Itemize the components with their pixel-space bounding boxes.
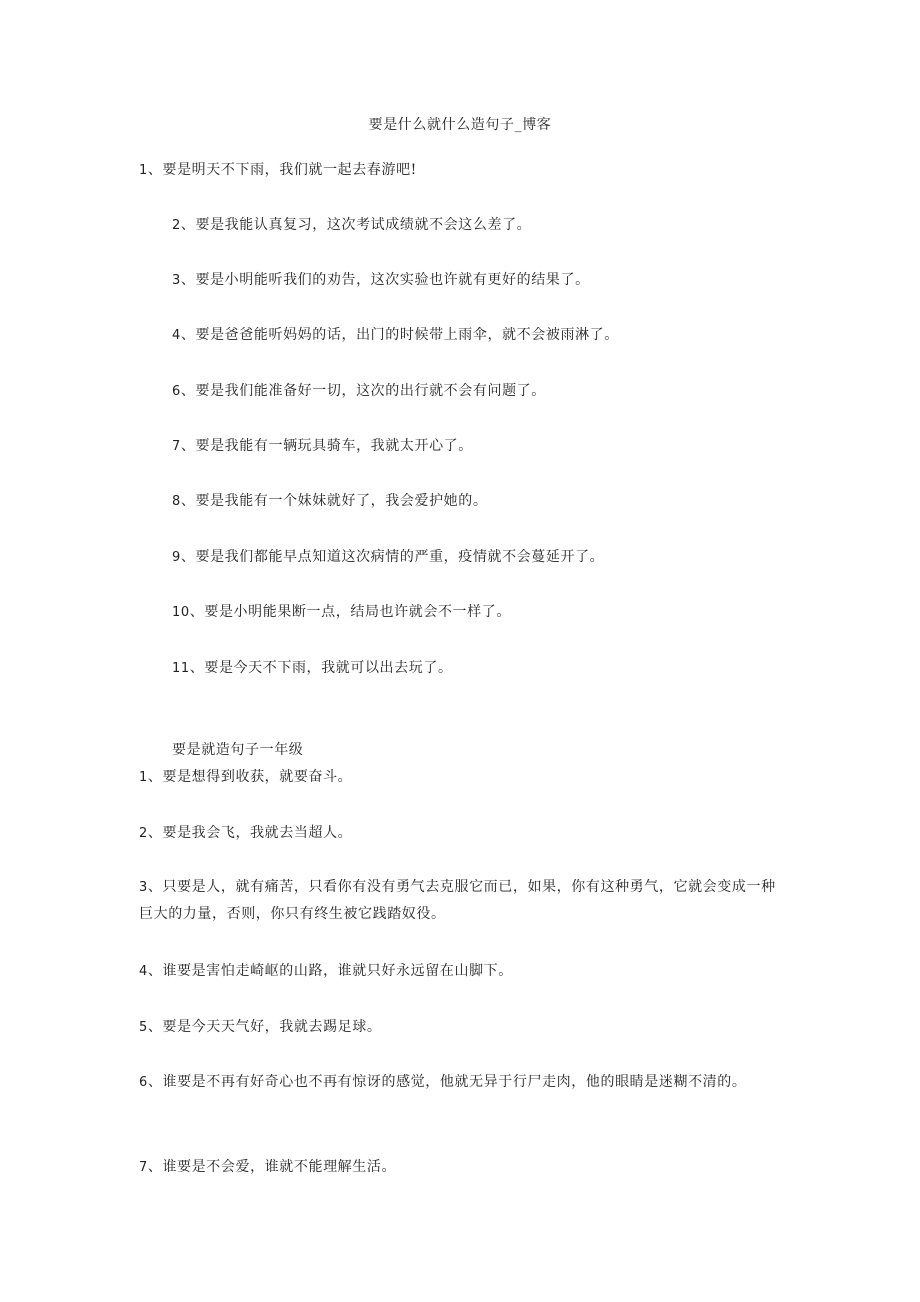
document-title: 要是什么就什么造句子_博客 [0, 116, 920, 134]
item-number: 1 [139, 770, 148, 785]
item-number: 8 [172, 494, 181, 509]
list-item: 4、要是爸爸能听妈妈的话，出门的时候带上雨伞，就不会被雨淋了。 [172, 326, 619, 345]
document-page: 要是什么就什么造句子_博客 1、要是明天不下雨，我们就一起去春游吧! 2、要是我… [0, 0, 920, 1302]
list-item: 11、要是今天不下雨，我就可以出去玩了。 [172, 659, 453, 678]
item-text: 、要是我会飞，我就去当超人。 [148, 825, 352, 841]
item-text: 、要是明天不下雨，我们就一起去春游吧! [148, 162, 417, 178]
item-text: 、要是我们能准备好一切，这次的出行就不会有问题了。 [181, 383, 546, 399]
item-number: 10 [172, 605, 190, 620]
item-text: 、只要是人，就有痛苦，只看你有没有勇气去克服它而已，如果，你有这种勇气，它就会变… [139, 879, 776, 922]
item-text: 、谁要是不会爱，谁就不能理解生活。 [148, 1159, 396, 1175]
item-number: 3 [139, 880, 148, 895]
list-item: 1、要是想得到收获，就要奋斗。 [139, 768, 352, 787]
item-text: 、要是爸爸能听妈妈的话，出门的时候带上雨伞，就不会被雨淋了。 [181, 327, 619, 343]
list-item: 4、谁要是害怕走崎岖的山路，谁就只好永远留在山脚下。 [139, 962, 513, 981]
item-text: 、谁要是害怕走崎岖的山路，谁就只好永远留在山脚下。 [148, 963, 513, 979]
item-number: 2 [139, 826, 148, 841]
item-number: 3 [172, 273, 181, 288]
list-item: 3、只要是人，就有痛苦，只看你有没有勇气去克服它而已，如果，你有这种勇气，它就会… [139, 874, 784, 928]
item-text: 、要是想得到收获，就要奋斗。 [148, 769, 352, 785]
item-number: 9 [172, 550, 181, 565]
section-heading: 要是就造句子一年级 [172, 741, 303, 759]
item-number: 4 [172, 328, 181, 343]
list-item: 2、要是我能认真复习，这次考试成绩就不会这么差了。 [172, 216, 531, 235]
item-text: 、要是我能有一个妹妹就好了，我会爱护她的。 [181, 493, 488, 509]
item-number: 5 [139, 1020, 148, 1035]
item-number: 6 [139, 1075, 148, 1090]
list-item: 6、谁要是不再有好奇心也不再有惊讶的感觉，他就无异于行尸走肉，他的眼睛是迷糊不清… [139, 1069, 784, 1096]
list-item: 2、要是我会飞，我就去当超人。 [139, 824, 352, 843]
item-text: 、谁要是不再有好奇心也不再有惊讶的感觉，他就无异于行尸走肉，他的眼睛是迷糊不清的… [148, 1074, 747, 1090]
item-number: 11 [172, 661, 190, 676]
item-number: 1 [139, 163, 148, 178]
item-text: 、要是今天天气好，我就去踢足球。 [148, 1019, 382, 1035]
item-number: 7 [139, 1160, 148, 1175]
item-number: 6 [172, 384, 181, 399]
list-item: 10、要是小明能果断一点，结局也许就会不一样了。 [172, 603, 511, 622]
list-item: 5、要是今天天气好，我就去踢足球。 [139, 1018, 381, 1037]
list-item: 7、要是我能有一辆玩具骑车，我就太开心了。 [172, 437, 473, 456]
item-number: 4 [139, 964, 148, 979]
item-text: 、要是我能认真复习，这次考试成绩就不会这么差了。 [181, 217, 531, 233]
item-text: 、要是小明能果断一点，结局也许就会不一样了。 [190, 604, 511, 620]
item-number: 2 [172, 218, 181, 233]
list-item: 6、要是我们能准备好一切，这次的出行就不会有问题了。 [172, 382, 546, 401]
list-item: 7、谁要是不会爱，谁就不能理解生活。 [139, 1158, 396, 1177]
item-text: 、要是今天不下雨，我就可以出去玩了。 [190, 660, 453, 676]
list-item: 1、要是明天不下雨，我们就一起去春游吧! [139, 161, 417, 180]
item-text: 、要是小明能听我们的劝告，这次实验也许就有更好的结果了。 [181, 272, 590, 288]
list-item: 8、要是我能有一个妹妹就好了，我会爱护她的。 [172, 492, 487, 511]
list-item: 9、要是我们都能早点知道这次病情的严重，疫情就不会蔓延开了。 [172, 548, 604, 567]
list-item: 3、要是小明能听我们的劝告，这次实验也许就有更好的结果了。 [172, 271, 590, 290]
item-text: 、要是我们都能早点知道这次病情的严重，疫情就不会蔓延开了。 [181, 549, 604, 565]
item-text: 、要是我能有一辆玩具骑车，我就太开心了。 [181, 438, 473, 454]
item-number: 7 [172, 439, 181, 454]
